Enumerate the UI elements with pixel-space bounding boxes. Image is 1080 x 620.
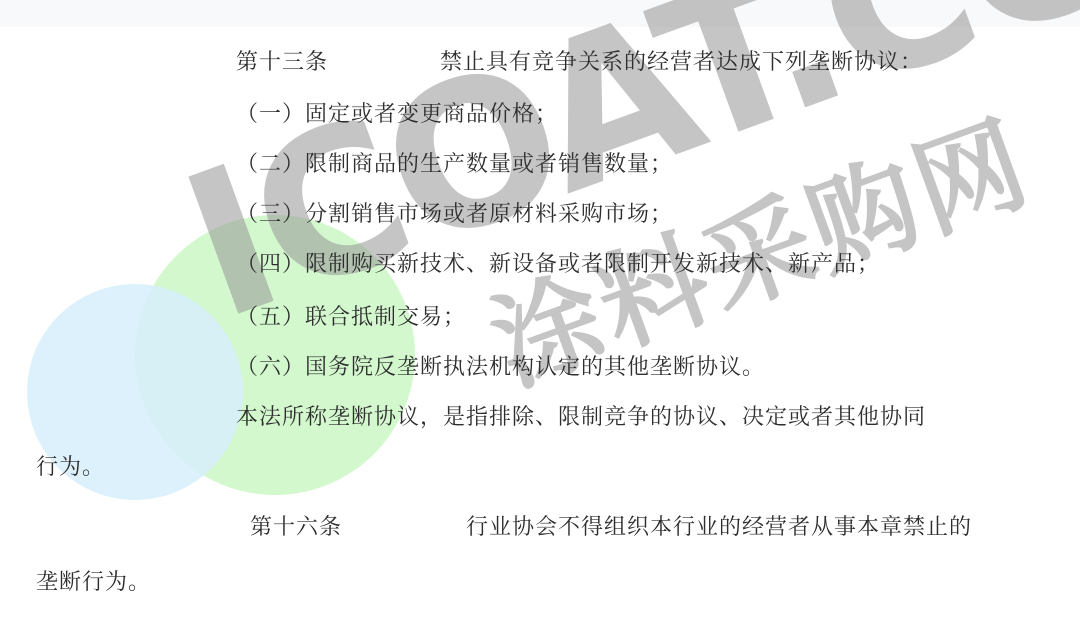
article-13-item-4: （四）限制购买新技术、新设备或者限制开发新技术、新产品； [236, 250, 880, 280]
article-13-item-5: （五）联合抵制交易； [236, 303, 466, 333]
article-13-item-2: （二）限制商品的生产数量或者销售数量； [236, 150, 673, 180]
article-16-number: 第十六条 [250, 513, 342, 543]
article-13-definition: 本法所称垄断协议，是指排除、限制竞争的协议、决定或者其他协同 [236, 403, 926, 433]
article-13-intro: 禁止具有竞争关系的经营者达成下列垄断协议： [440, 48, 923, 78]
article-16-text-cont: 垄断行为。 [36, 568, 151, 598]
article-13-number: 第十三条 [236, 48, 328, 78]
article-13-item-3: （三）分割销售市场或者原材料采购市场； [236, 200, 673, 230]
article-16-text: 行业协会不得组织本行业的经营者从事本章禁止的 [466, 513, 972, 543]
article-13-definition-cont: 行为。 [36, 453, 105, 483]
article-13-item-1: （一）固定或者变更商品价格； [236, 100, 558, 130]
article-13-item-6: （六）国务院反垄断执法机构认定的其他垄断协议。 [236, 353, 765, 383]
top-bar [0, 0, 1080, 27]
